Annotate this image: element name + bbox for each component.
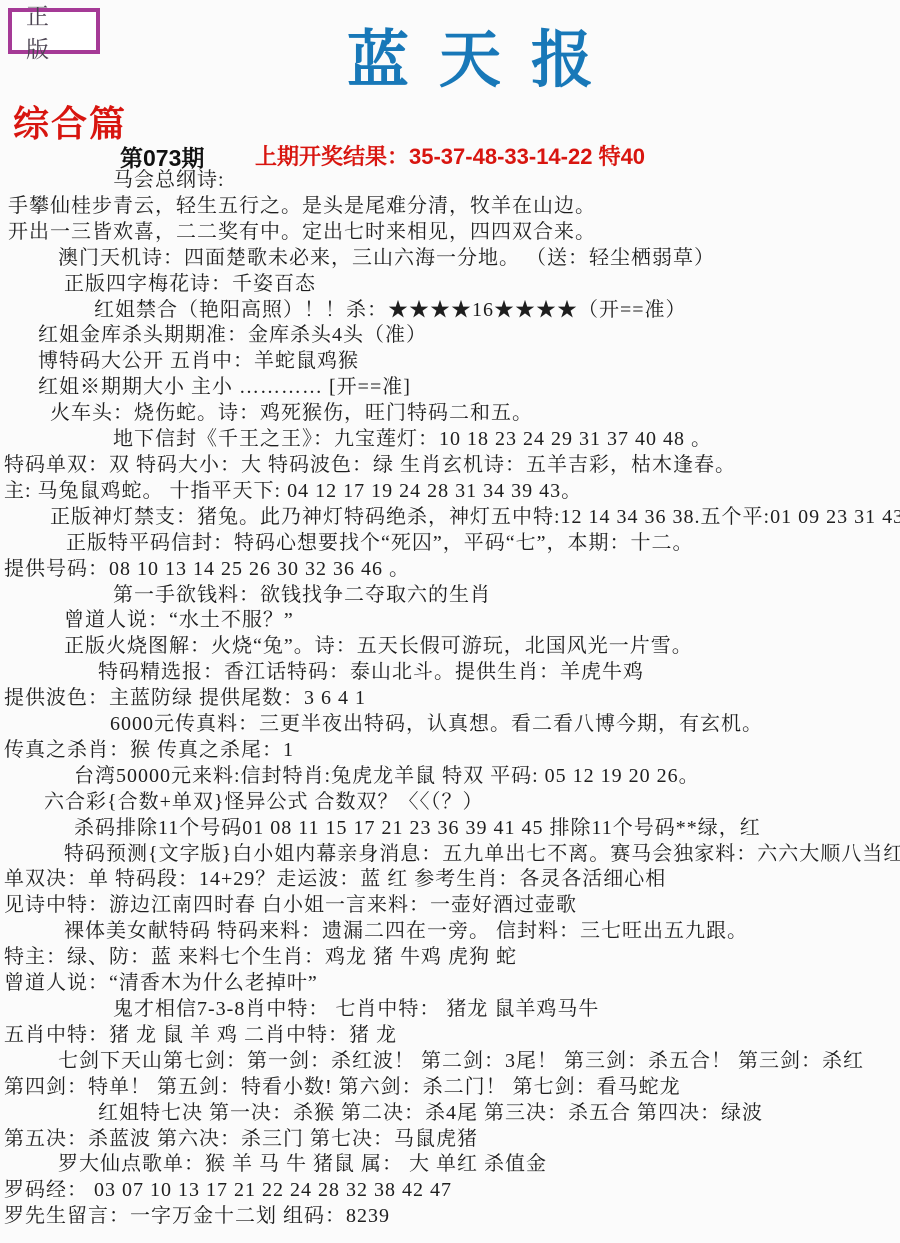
text-line: 正版四字梅花诗：千姿百态 <box>0 272 900 298</box>
text-line: 裸体美女献特码 特码来料：遗漏二四在一旁。 信封料：三七旺出五九跟。 <box>0 919 900 945</box>
text-line: 提供波色：主蓝防绿 提供尾数：3 6 4 1 <box>0 686 900 712</box>
text-line: 正版特平码信封：特码心想要找个“死囚”，平码“七”，本期：十二。 <box>0 531 900 557</box>
newspaper-page: 正 版 蓝天报 综合篇 第073期 上期开奖结果：35-37-48-33-14-… <box>0 0 900 1243</box>
text-line: 七剑下天山第七剑：第一剑：杀红波！ 第二剑：3尾！ 第三剑：杀五合！ 第三剑：杀… <box>0 1049 900 1075</box>
text-line: 杀码排除11个号码01 08 11 15 17 21 23 36 39 41 4… <box>0 816 900 842</box>
text-line: 六合彩{合数+单双}怪异公式 合数双？〈〈（？） <box>0 790 900 816</box>
text-line: 博特码大公开 五肖中：羊蛇鼠鸡猴 <box>0 349 900 375</box>
text-line: 第四剑：特单！ 第五剑：特看小数! 第六剑：杀二门！ 第七剑：看马蛇龙 <box>0 1075 900 1101</box>
text-line: 曾道人说：“清香木为什么老掉叶” <box>0 971 900 997</box>
text-line: 正版神灯禁支：猪兔。此乃神灯特码绝杀，神灯五中特:12 14 34 36 38.… <box>0 505 900 531</box>
text-line: 正版火烧图解：火烧“兔”。诗：五天长假可游玩，北国风光一片雪。 <box>0 634 900 660</box>
text-line: 曾道人说：“水土不服？” <box>0 608 900 634</box>
text-line: 特码预测{文字版}白小姐内幕亲身消息：五九单出七不离。赛马会独家料：六六大顺八当… <box>0 842 900 868</box>
text-line: 罗先生留言：一字万金十二划 组码：8239 <box>0 1204 900 1230</box>
text-line: 手攀仙桂步青云，轻生五行之。是头是尾难分清，牧羊在山边。 <box>0 194 900 220</box>
text-line: 单双决：单 特码段：14+29？走运波：蓝 红 参考生肖：各灵各活细心相 <box>0 867 900 893</box>
text-line: 见诗中特：游边江南四时春 白小姐一言来料：一壶好酒过壶歌 <box>0 893 900 919</box>
text-line: 红姐※期期大小 主小 ………… [开==准] <box>0 375 900 401</box>
text-line: 开出一三皆欢喜，二二奖有中。定出七时来相见，四四双合来。 <box>0 220 900 246</box>
last-draw-result: 上期开奖结果：35-37-48-33-14-22 特40 <box>255 140 645 171</box>
text-line: 红姐特七决 第一决：杀猴 第二决：杀4尾 第三决：杀五合 第四决：绿波 <box>0 1101 900 1127</box>
issue-row: 第073期 上期开奖结果：35-37-48-33-14-22 特40 <box>0 140 900 168</box>
text-line: 火车头：烧伤蛇。诗：鸡死猴伤，旺门特码二和五。 <box>0 401 900 427</box>
text-line: 罗大仙点歌单：猴 羊 马 牛 猪鼠 属： 大 单红 杀值金 <box>0 1152 900 1178</box>
page-title: 蓝天报 <box>0 10 900 99</box>
body-lines: 马会总纲诗:手攀仙桂步青云，轻生五行之。是头是尾难分清，牧羊在山边。开出一三皆欢… <box>0 168 900 1230</box>
text-line: 特码精选报：香江话特码：泰山北斗。提供生肖：羊虎牛鸡 <box>0 660 900 686</box>
text-line: 特码单双：双 特码大小：大 特码波色：绿 生肖玄机诗：五羊吉彩，枯木逢春。 <box>0 453 900 479</box>
text-line: 鬼才相信7-3-8肖中特： 七肖中特： 猪龙 鼠羊鸡马牛 <box>0 997 900 1023</box>
text-line: 马会总纲诗: <box>0 168 900 194</box>
text-line: 第五决：杀蓝波 第六决：杀三门 第七决：马鼠虎猪 <box>0 1127 900 1153</box>
text-line: 红姐禁合（艳阳高照）！！杀：★★★★16★★★★（开==准） <box>0 298 900 324</box>
text-line: 五肖中特：猪 龙 鼠 羊 鸡 二肖中特：猪 龙 <box>0 1023 900 1049</box>
text-line: 红姐金库杀头期期准：金库杀头4头（准） <box>0 323 900 349</box>
text-line: 6000元传真料：三更半夜出特码，认真想。看二看八博今期，有玄机。 <box>0 712 900 738</box>
text-line: 地下信封《千王之王》：九宝莲灯：10 18 23 24 29 31 37 40 … <box>0 427 900 453</box>
text-line: 第一手欲钱料：欲钱找争二夺取六的生肖 <box>0 583 900 609</box>
text-line: 主: 马兔鼠鸡蛇。 十指平天下: 04 12 17 19 24 28 31 34… <box>0 479 900 505</box>
text-line: 澳门天机诗：四面楚歌未必来，三山六海一分地。 （送：轻尘栖弱草） <box>0 246 900 272</box>
text-line: 台湾50000元来料:信封特肖:兔虎龙羊鼠 特双 平码: 05 12 19 20… <box>0 764 900 790</box>
text-line: 特主：绿、防：蓝 来料七个生肖：鸡龙 猪 牛鸡 虎狗 蛇 <box>0 945 900 971</box>
text-line: 提供号码：08 10 13 14 25 26 30 32 36 46 。 <box>0 557 900 583</box>
text-line: 罗码经： 03 07 10 13 17 21 22 24 28 32 38 42… <box>0 1178 900 1204</box>
text-line: 传真之杀肖：猴 传真之杀尾：1 <box>0 738 900 764</box>
